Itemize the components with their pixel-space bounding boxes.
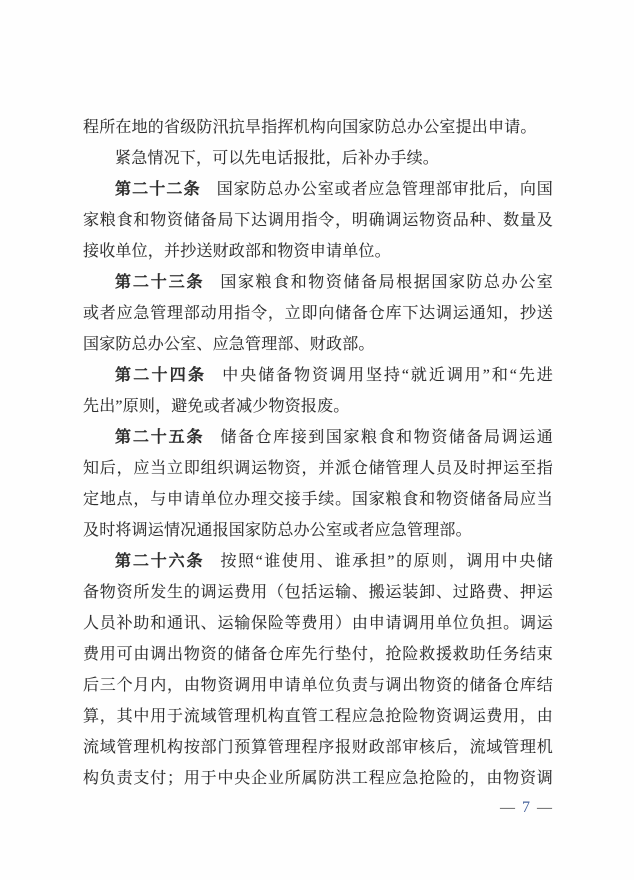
line-text: 备物资所发生的调运费用（包括运输、搬运装卸、过路费、押运 xyxy=(83,584,553,601)
article-number-heading: 第二十六条 xyxy=(115,553,204,570)
text-line: 接收单位，并抄送财政部和物资申请单位。 xyxy=(83,236,553,267)
text-line: 第二十三条国家粮食和物资储备局根据国家防总办公室 xyxy=(83,267,553,298)
page-number-value: 7 xyxy=(522,799,530,817)
page-number-left-dash: — xyxy=(500,799,515,817)
text-line: 第二十二条国家防总办公室或者应急管理部审批后，向国 xyxy=(83,174,553,205)
line-text: 先出”原则，避免或者减少物资报废。 xyxy=(83,398,350,415)
line-text: 程所在地的省级防汛抗旱指挥机构向国家防总办公室提出申请。 xyxy=(83,119,537,136)
line-text: 费用可由调出物资的储备仓库先行垫付，抢险救援救助任务结束 xyxy=(83,646,553,663)
text-line: 后三个月内，由物资调用申请单位负责与调出物资的储备仓库结 xyxy=(83,670,553,701)
line-text: 中央储备物资调用坚持“就近调用”和“先进 xyxy=(222,367,553,384)
text-line: 流域管理机构按部门预算管理程序报财政部审核后，流域管理机 xyxy=(83,732,553,763)
line-text: 人员补助和通讯、运输保险等费用）由申请调用单位负担。调运 xyxy=(83,615,553,632)
text-line: 紧急情况下，可以先电话报批，后补办手续。 xyxy=(83,143,553,174)
text-line: 定地点，与申请单位办理交接手续。国家粮食和物资储备局应当 xyxy=(83,484,553,515)
text-line: 及时将调运情况通报国家防总办公室或者应急管理部。 xyxy=(83,515,553,546)
line-text: 流域管理机构按部门预算管理程序报财政部审核后，流域管理机 xyxy=(83,739,553,756)
text-line: 第二十四条中央储备物资调用坚持“就近调用”和“先进 xyxy=(83,360,553,391)
line-text: 构负责支付；用于中央企业所属防洪工程应急抢险的，由物资调 xyxy=(83,770,553,787)
text-line: 第二十五条储备仓库接到国家粮食和物资储备局调运通 xyxy=(83,422,553,453)
text-line: 人员补助和通讯、运输保险等费用）由申请调用单位负担。调运 xyxy=(83,608,553,639)
text-line: 备物资所发生的调运费用（包括运输、搬运装卸、过路费、押运 xyxy=(83,577,553,608)
text-block: 程所在地的省级防汛抗旱指挥机构向国家防总办公室提出申请。紧急情况下，可以先电话报… xyxy=(83,112,553,794)
text-line: 程所在地的省级防汛抗旱指挥机构向国家防总办公室提出申请。 xyxy=(83,112,553,143)
article-number-heading: 第二十四条 xyxy=(115,367,206,384)
article-number-heading: 第二十五条 xyxy=(115,429,204,446)
line-text: 国家防总办公室、应急管理部、财政部。 xyxy=(83,336,375,353)
text-line: 费用可由调出物资的储备仓库先行垫付，抢险救援救助任务结束 xyxy=(83,639,553,670)
text-line: 知后，应当立即组织调运物资，并派仓储管理人员及时押运至指 xyxy=(83,453,553,484)
text-line: 算，其中用于流域管理机构直管工程应急抢险物资调运费用，由 xyxy=(83,701,553,732)
article-number-heading: 第二十二条 xyxy=(115,181,201,198)
line-text: 算，其中用于流域管理机构直管工程应急抢险物资调运费用，由 xyxy=(83,708,553,725)
line-text: 国家粮食和物资储备局根据国家防总办公室 xyxy=(220,274,553,291)
line-text: 紧急情况下，可以先电话报批，后补办手续。 xyxy=(115,150,439,167)
page-number-right-dash: — xyxy=(537,799,552,817)
line-text: 家粮食和物资储备局下达调用指令，明确调运物资品种、数量及 xyxy=(83,212,553,229)
document-page: 程所在地的省级防汛抗旱指挥机构向国家防总办公室提出申请。紧急情况下，可以先电话报… xyxy=(0,0,634,880)
line-text: 及时将调运情况通报国家防总办公室或者应急管理部。 xyxy=(83,522,472,539)
line-text: 储备仓库接到国家粮食和物资储备局调运通 xyxy=(220,429,553,446)
text-line: 先出”原则，避免或者减少物资报废。 xyxy=(83,391,553,422)
text-line: 或者应急管理部动用指令，立即向储备仓库下达调运通知，抄送 xyxy=(83,298,553,329)
line-text: 知后，应当立即组织调运物资，并派仓储管理人员及时押运至指 xyxy=(83,460,553,477)
line-text: 后三个月内，由物资调用申请单位负责与调出物资的储备仓库结 xyxy=(83,677,553,694)
line-text: 定地点，与申请单位办理交接手续。国家粮食和物资储备局应当 xyxy=(83,491,553,508)
line-text: 国家防总办公室或者应急管理部审批后，向国 xyxy=(217,181,553,198)
text-line: 构负责支付；用于中央企业所属防洪工程应急抢险的，由物资调 xyxy=(83,763,553,794)
line-text: 按照“谁使用、谁承担”的原则，调用中央储 xyxy=(220,553,553,570)
line-text: 或者应急管理部动用指令，立即向储备仓库下达调运通知，抄送 xyxy=(83,305,553,322)
text-line: 家粮食和物资储备局下达调用指令，明确调运物资品种、数量及 xyxy=(83,205,553,236)
text-line: 国家防总办公室、应急管理部、财政部。 xyxy=(83,329,553,360)
line-text: 接收单位，并抄送财政部和物资申请单位。 xyxy=(83,243,391,260)
article-number-heading: 第二十三条 xyxy=(115,274,204,291)
text-line: 第二十六条按照“谁使用、谁承担”的原则，调用中央储 xyxy=(83,546,553,577)
page-number: — 7 — xyxy=(500,799,552,817)
